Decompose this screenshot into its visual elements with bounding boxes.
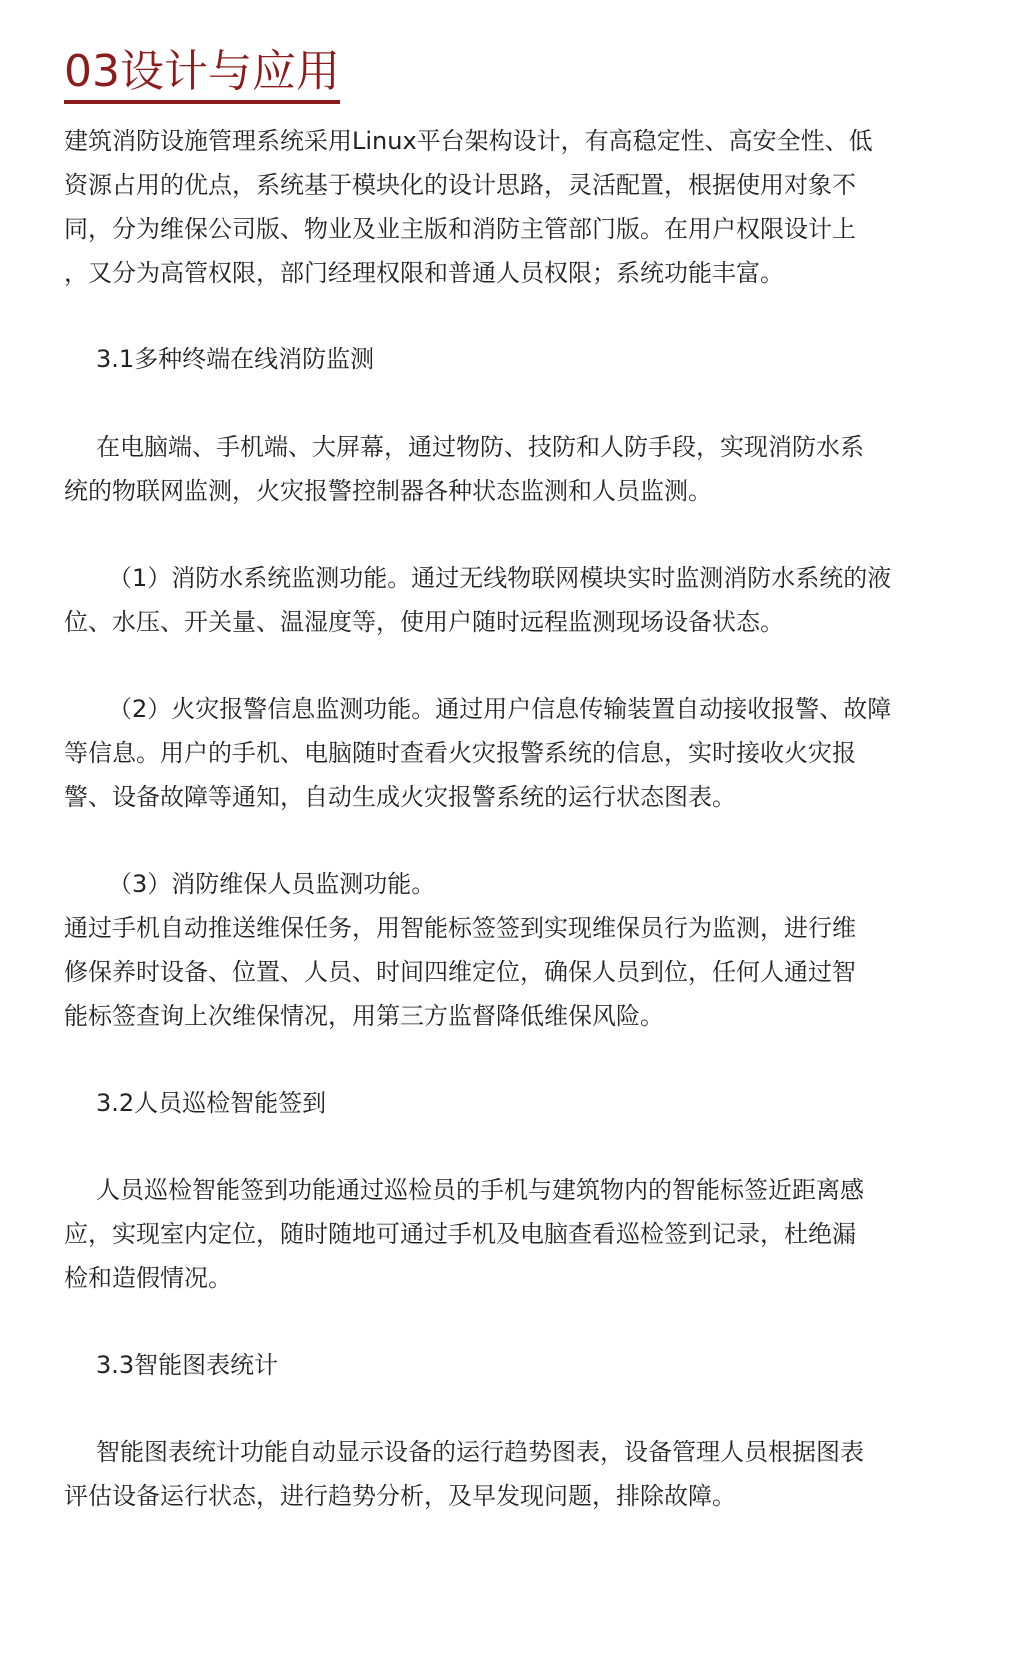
section-heading-3-3: 3.3智能图表统计 — [96, 1343, 278, 1387]
text-line: 检和造假情况。 — [64, 1256, 970, 1300]
section-3-3-paragraph: 智能图表统计功能自动显示设备的运行趋势图表，设备管理人员根据图表 评估设备运行状… — [64, 1430, 970, 1518]
text-line: 能标签查询上次维保情况，用第三方监督降低维保风险。 — [64, 994, 970, 1038]
text-line: 应，实现室内定位，随时随地可通过手机及电脑查看巡检签到记录，杜绝漏 — [64, 1212, 970, 1256]
text-line: 资源占用的优点，系统基于模块化的设计思路，灵活配置，根据使用对象不 — [64, 163, 970, 207]
intro-paragraph: 建筑消防设施管理系统采用Linux平台架构设计，有高稳定性、高安全性、低 资源占… — [64, 119, 970, 295]
section-3-1-item-3: （3）消防维保人员监测功能。 通过手机自动推送维保任务，用智能标签签到实现维保员… — [64, 862, 970, 1038]
text-line: （3）消防维保人员监测功能。 — [64, 862, 970, 906]
text-line: 智能图表统计功能自动显示设备的运行趋势图表，设备管理人员根据图表 — [64, 1430, 970, 1474]
text-line: 修保养时设备、位置、人员、时间四维定位，确保人员到位，任何人通过智 — [64, 950, 970, 994]
page-title: 03设计与应用 — [64, 46, 340, 104]
text-line: （1）消防水系统监测功能。通过无线物联网模块实时监测消防水系统的液 — [64, 556, 970, 600]
text-line: 警、设备故障等通知，自动生成火灾报警系统的运行状态图表。 — [64, 775, 970, 819]
text-line: 人员巡检智能签到功能通过巡检员的手机与建筑物内的智能标签近距离感 — [64, 1168, 970, 1212]
text-line: 通过手机自动推送维保任务，用智能标签签到实现维保员行为监测，进行维 — [64, 906, 970, 950]
text-line: ，又分为高管权限，部门经理权限和普通人员权限；系统功能丰富。 — [64, 251, 970, 295]
section-heading-3-2: 3.2人员巡检智能签到 — [96, 1081, 326, 1125]
text-line: 同，分为维保公司版、物业及业主版和消防主管部门版。在用户权限设计上 — [64, 207, 970, 251]
section-3-1-item-2: （2）火灾报警信息监测功能。通过用户信息传输装置自动接收报警、故障 等信息。用户… — [64, 687, 970, 819]
section-3-2-paragraph: 人员巡检智能签到功能通过巡检员的手机与建筑物内的智能标签近距离感 应，实现室内定… — [64, 1168, 970, 1300]
text-line: 评估设备运行状态，进行趋势分析，及早发现问题，排除故障。 — [64, 1474, 970, 1518]
text-line: 在电脑端、手机端、大屏幕，通过物防、技防和人防手段，实现消防水系 — [64, 425, 970, 469]
text-line: 等信息。用户的手机、电脑随时查看火灾报警系统的信息，实时接收火灾报 — [64, 731, 970, 775]
text-line: （2）火灾报警信息监测功能。通过用户信息传输装置自动接收报警、故障 — [64, 687, 970, 731]
section-heading-3-1: 3.1多种终端在线消防监测 — [96, 337, 374, 381]
section-3-1-intro: 在电脑端、手机端、大屏幕，通过物防、技防和人防手段，实现消防水系 统的物联网监测… — [64, 425, 970, 513]
text-line: 统的物联网监测，火灾报警控制器各种状态监测和人员监测。 — [64, 469, 970, 513]
text-line: 位、水压、开关量、温湿度等，使用户随时远程监测现场设备状态。 — [64, 600, 970, 644]
text-line: 建筑消防设施管理系统采用Linux平台架构设计，有高稳定性、高安全性、低 — [64, 119, 970, 163]
section-3-1-item-1: （1）消防水系统监测功能。通过无线物联网模块实时监测消防水系统的液 位、水压、开… — [64, 556, 970, 644]
